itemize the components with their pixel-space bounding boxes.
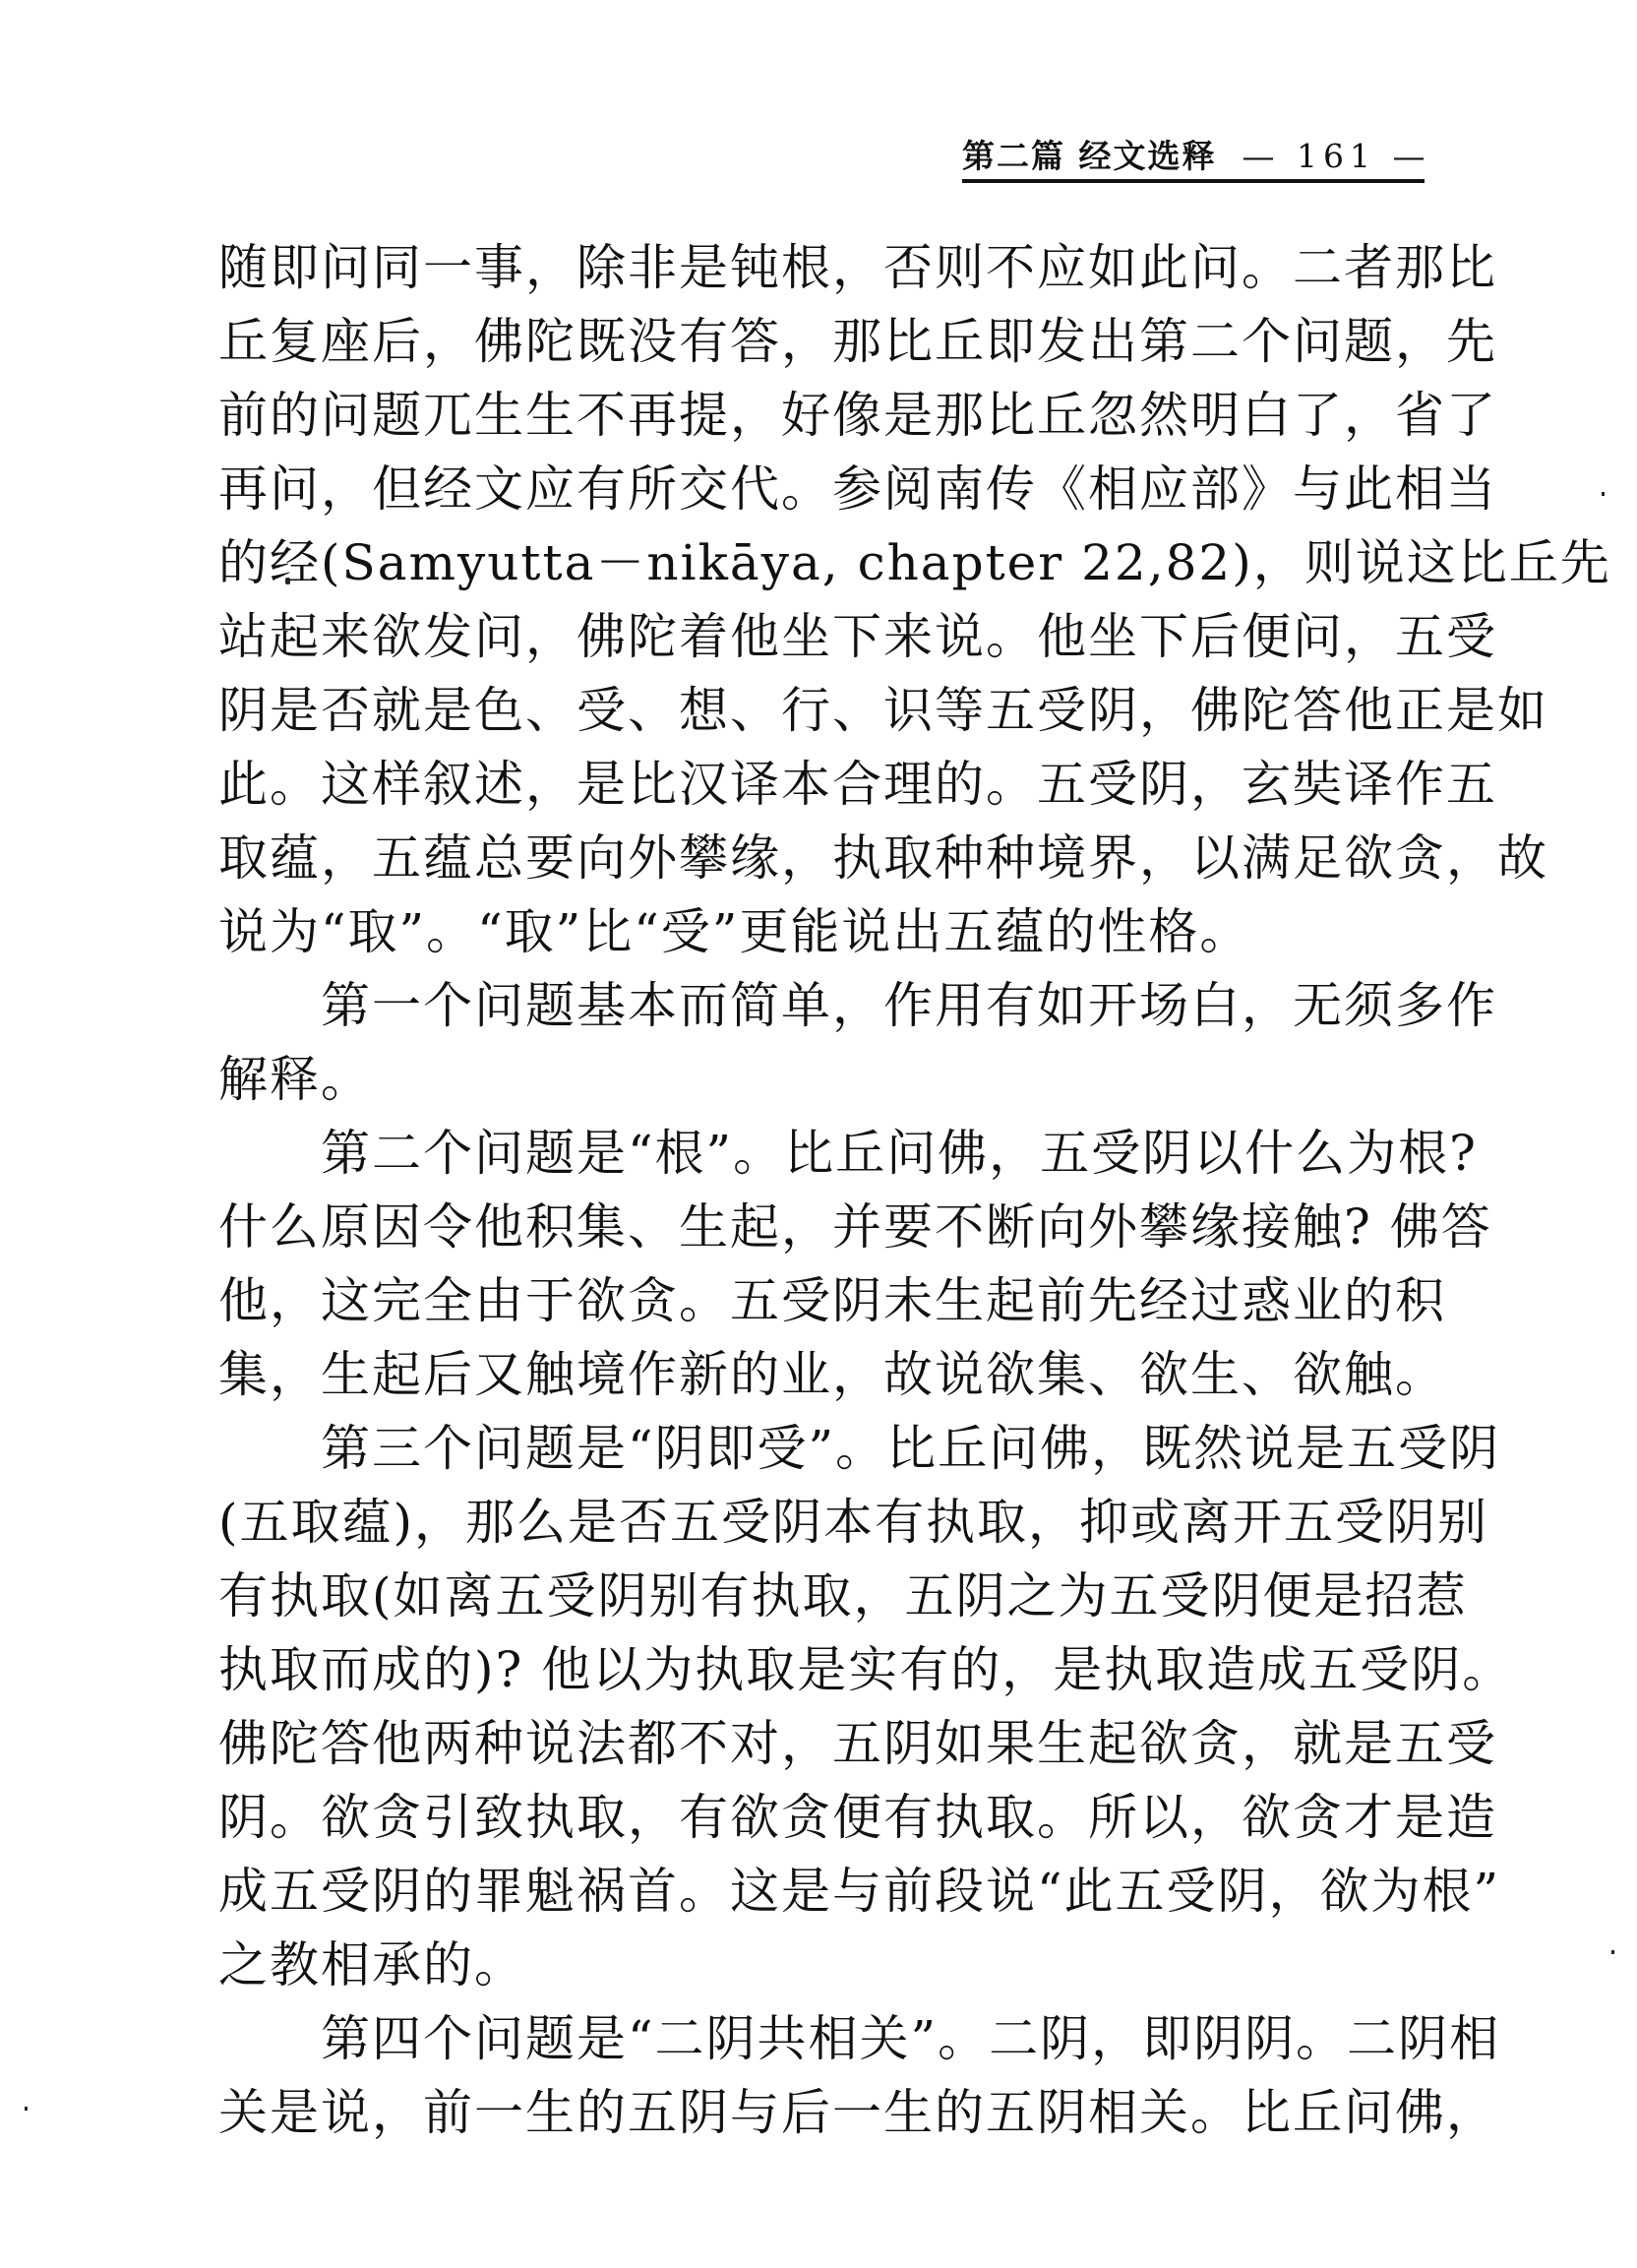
page-number: — 161 —: [1243, 134, 1431, 179]
text-line: 第三个问题是“阴即受”。比丘问佛，既然说是五受阴: [218, 1419, 1428, 1493]
text-line: 第一个问题基本而简单，作用有如开场白，无须多作: [218, 976, 1428, 1050]
section-title: 第二篇 经文选释: [962, 134, 1217, 179]
text-line: 关是说，前一生的五阴与后一生的五阴相关。比丘问佛，: [218, 2083, 1428, 2157]
running-header: 第二篇 经文选释 — 161 —: [962, 128, 1425, 183]
text-line: 阴是否就是色、受、想、行、识等五受阴，佛陀答他正是如: [218, 681, 1428, 755]
text-line: 说为“取”。“取”比“受”更能说出五蕴的性格。: [218, 902, 1428, 976]
scan-speck: [1602, 492, 1605, 496]
text-line: 此。这样叙述，是比汉译本合理的。五受阴，玄奘译作五: [218, 755, 1428, 828]
body-text: 随即问同一事，除非是钝根，否则不应如此问。二者那比 丘复座后，佛陀既没有答，那比…: [218, 238, 1428, 2157]
text-line: 再问，但经文应有所交代。参阅南传《相应部》与此相当: [218, 460, 1428, 533]
text-line: 的经(Samyutta－nikāya, chapter 22,82)，则说这比丘…: [218, 533, 1428, 607]
text-line: 解释。: [218, 1050, 1428, 1124]
text-line: 第二个问题是“根”。比丘问佛，五受阴以什么为根?: [218, 1124, 1428, 1197]
scan-speck: [285, 578, 290, 584]
text-line: 第四个问题是“二阴共相关”。二阴，即阴阴。二阴相: [218, 2009, 1428, 2083]
text-line: 有执取(如离五受阴别有执取，五阴之为五受阴便是招惹: [218, 1566, 1428, 1640]
text-line: 站起来欲发问，佛陀着他坐下来说。他坐下后便问，五受: [218, 607, 1428, 681]
text-line: 佛陀答他两种说法都不对，五阴如果生起欲贪，就是五受: [218, 1714, 1428, 1788]
text-line: 之教相承的。: [218, 1935, 1428, 2009]
text-line: 丘复座后，佛陀既没有答，那比丘即发出第二个问题，先: [218, 312, 1428, 386]
scan-speck: [1611, 1950, 1614, 1954]
text-line: 阴。欲贪引致执取，有欲贪便有执取。所以，欲贪才是造: [218, 1788, 1428, 1862]
text-line: 随即问同一事，除非是钝根，否则不应如此问。二者那比: [218, 238, 1428, 312]
text-line: 成五受阴的罪魁祸首。这是与前段说“此五受阴，欲为根”: [218, 1862, 1428, 1935]
text-line: 前的问题兀生生不再提，好像是那比丘忽然明白了，省了: [218, 386, 1428, 460]
text-line: 什么原因令他积集、生起，并要不断向外攀缘接触? 佛答: [218, 1197, 1428, 1271]
text-line: 集，生起后又触境作新的业，故说欲集、欲生、欲触。: [218, 1345, 1428, 1419]
text-line: (五取蕴)，那么是否五受阴本有执取，抑或离开五受阴别: [218, 1493, 1428, 1566]
scan-speck: [25, 2107, 28, 2111]
text-line: 执取而成的)? 他以为执取是实有的，是执取造成五受阴。: [218, 1640, 1428, 1714]
text-line: 取蕴，五蕴总要向外攀缘，执取种种境界，以满足欲贪，故: [218, 828, 1428, 902]
text-line: 他，这完全由于欲贪。五受阴未生起前先经过惑业的积: [218, 1271, 1428, 1345]
